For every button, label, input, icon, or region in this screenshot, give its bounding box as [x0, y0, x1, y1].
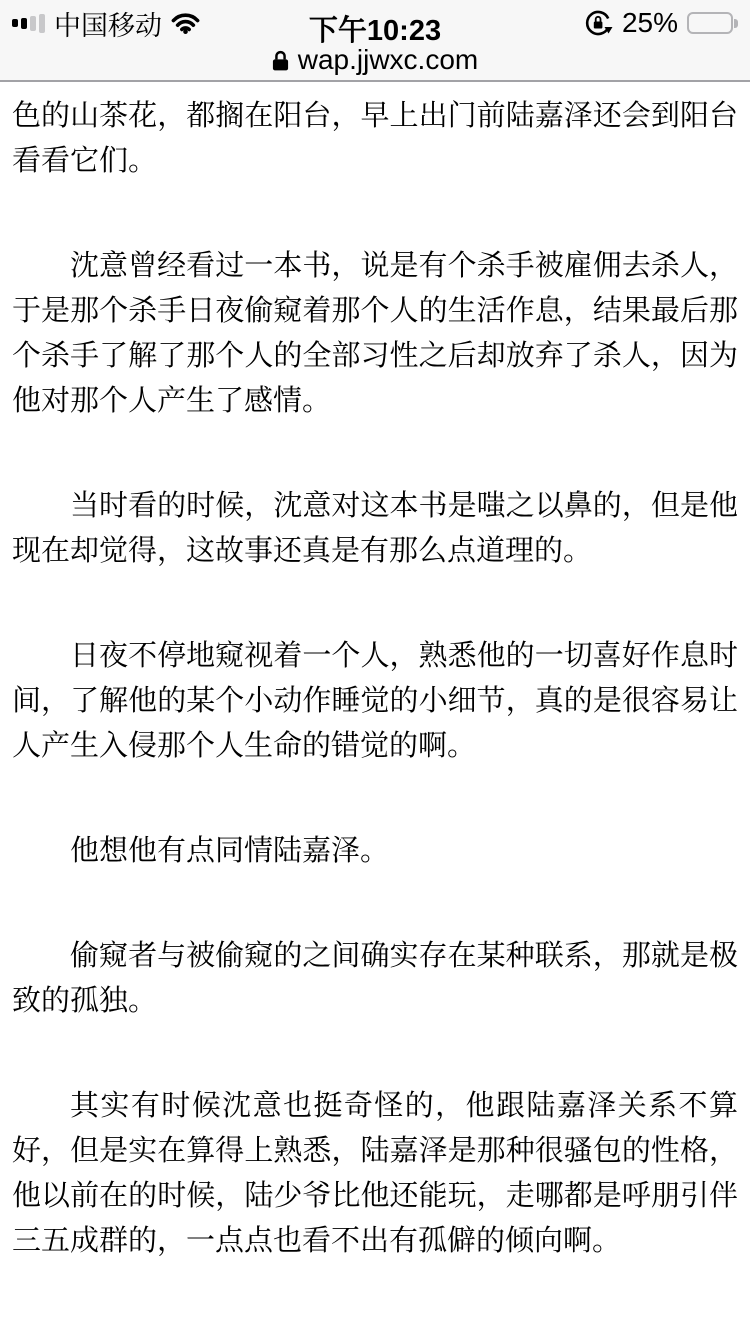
rotation-lock-icon: [583, 8, 613, 38]
paragraph: 沈意曾经看过一本书，说是有个杀手被雇佣去杀人，于是那个杀手日夜偷窥着那个人的生活…: [12, 244, 738, 424]
status-bar: 中国移动 下午10:23: [0, 0, 750, 40]
ssl-lock-icon: [272, 50, 289, 71]
status-bar-time: 下午10:23: [309, 8, 441, 49]
browser-header: 中国移动 下午10:23: [0, 0, 750, 82]
paragraph: 其实有时候沈意也挺奇怪的，他跟陆嘉泽关系不算好，但是实在算得上熟悉，陆嘉泽是那种…: [12, 1084, 738, 1264]
paragraph: 偷窥者与被偷窥的之间确实存在某种联系，那就是极致的孤独。: [12, 934, 738, 1024]
paragraph: 当时看的时候，沈意对这本书是嗤之以鼻的，但是他现在却觉得，这故事还真是有那么点道…: [12, 484, 738, 574]
cellular-signal-icon: [12, 13, 45, 33]
status-bar-right: 25%: [583, 7, 738, 39]
paragraph: 日夜不停地窥视着一个人，熟悉他的一切喜好作息时间，了解他的某个小动作睡觉的小细节…: [12, 634, 738, 769]
battery-icon: [687, 12, 738, 34]
paragraph: 色的山茶花，都搁在阳台，早上出门前陆嘉泽还会到阳台看看它们。: [12, 94, 738, 184]
article-text: 色的山茶花，都搁在阳台，早上出门前陆嘉泽还会到阳台看看它们。沈意曾经看过一本书，…: [0, 82, 750, 1264]
status-bar-left: 中国移动: [12, 4, 200, 43]
paragraph: 他想他有点同情陆嘉泽。: [12, 829, 738, 874]
carrier-label: 中国移动: [54, 4, 162, 43]
battery-percent-label: 25%: [622, 7, 678, 39]
wifi-icon: [171, 12, 200, 34]
